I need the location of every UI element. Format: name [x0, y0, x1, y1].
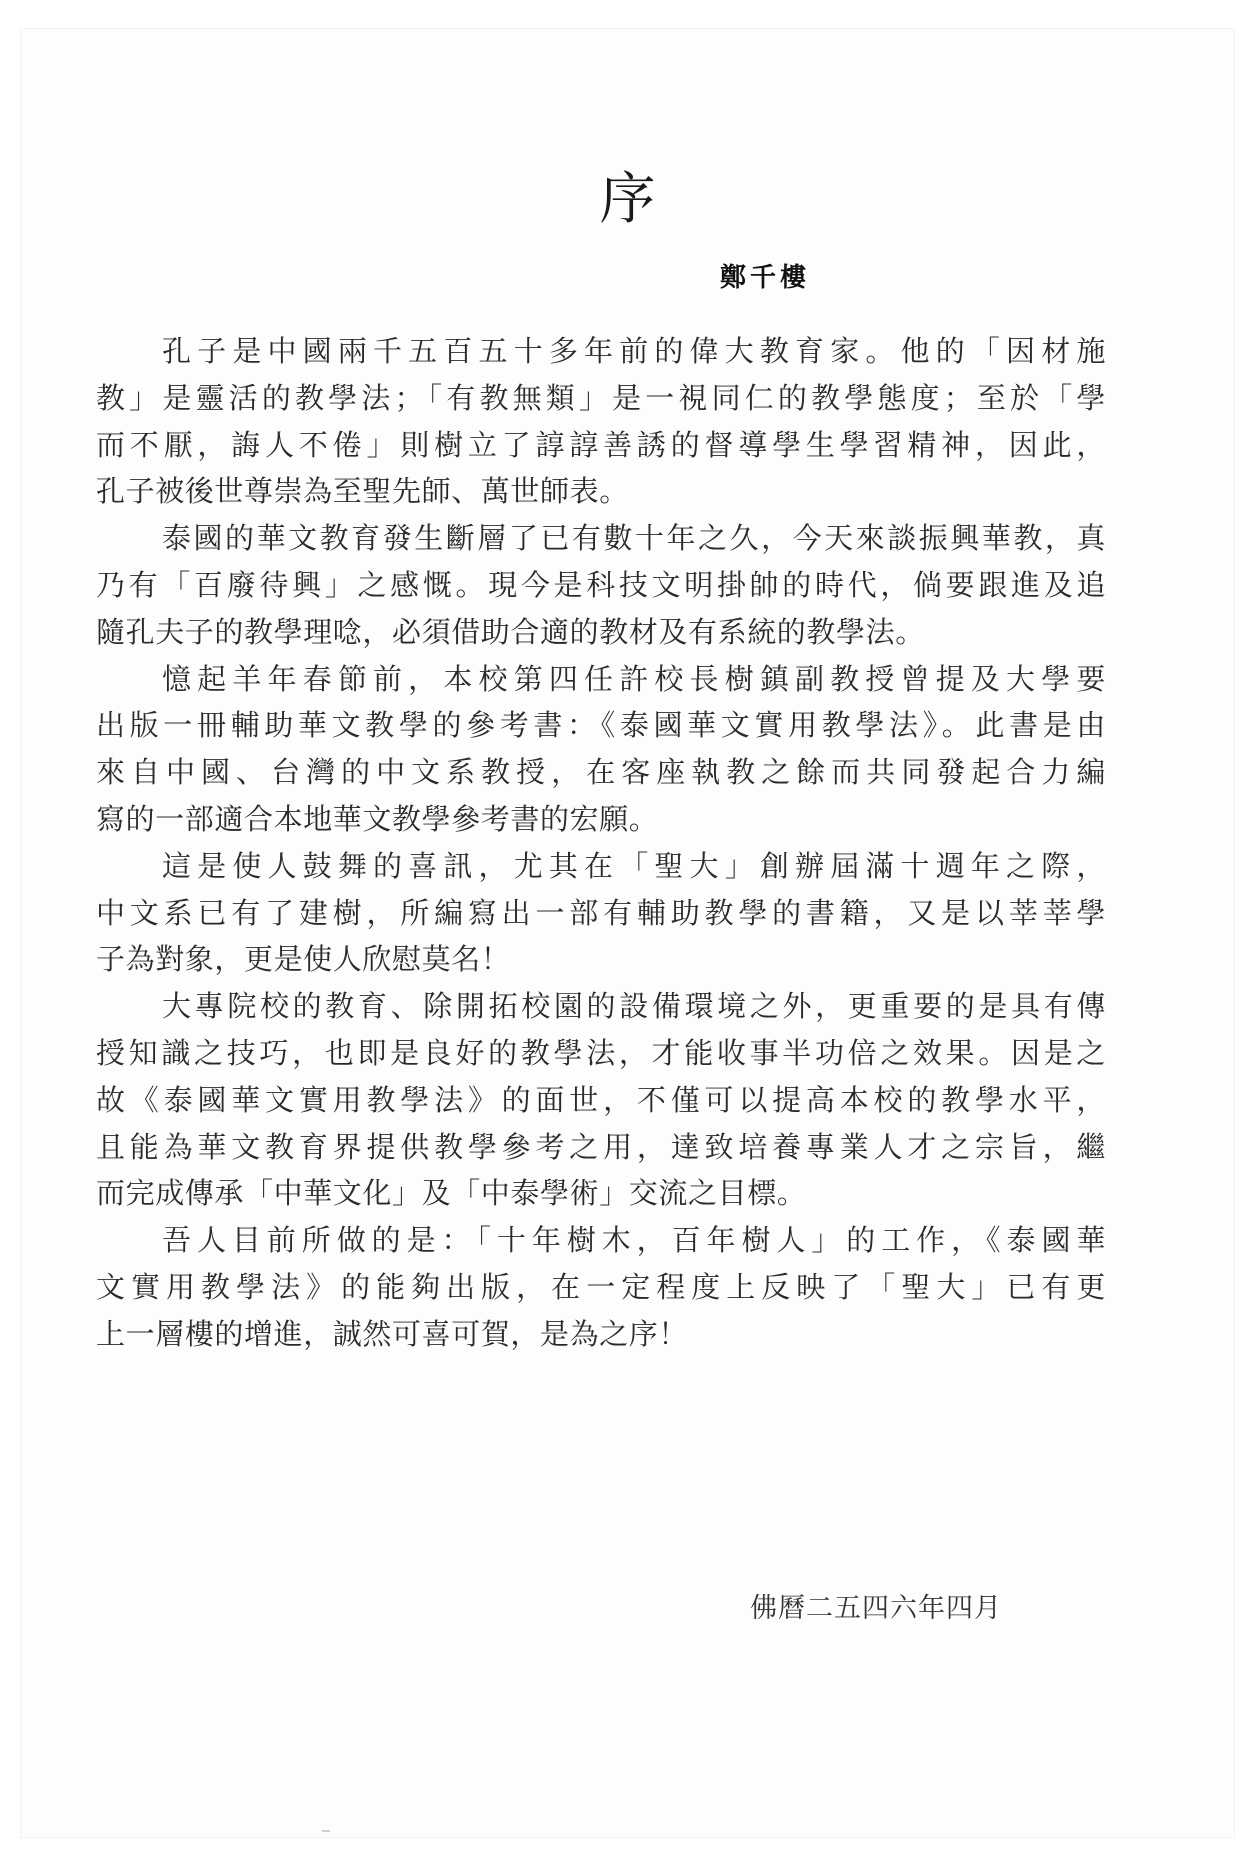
paragraph: 大專院校的教育、除開拓校園的設備環境之外，更重要的是具有傳 授知識之技巧，也即是…	[96, 983, 1106, 1217]
text-line: 孔子是中國兩千五百五十多年前的偉大教育家。他的「因材施	[96, 328, 1106, 375]
text-line: 文實用教學法》的能夠出版，在一定程度上反映了「聖大」已有更	[96, 1264, 1106, 1311]
paragraph: 憶起羊年春節前，本校第四任許校長樹鎮副教授曾提及大學要 出版一冊輔助華文教學的參…	[96, 656, 1106, 843]
text-line: 寫的一部適合本地華文教學參考書的宏願。	[96, 796, 1106, 843]
text-line: 憶起羊年春節前，本校第四任許校長樹鎮副教授曾提及大學要	[96, 656, 1106, 703]
text-line: 而完成傳承「中華文化」及「中泰學術」交流之目標。	[96, 1170, 1106, 1217]
text-line: 泰國的華文教育發生斷層了已有數十年之久，今天來談振興華教，真	[96, 515, 1106, 562]
text-line: 教」是靈活的教學法；「有教無類」是一視同仁的教學態度；至於「學	[96, 375, 1106, 422]
text-line: 這是使人鼓舞的喜訊，尤其在「聖大」創辦屆滿十週年之際，	[96, 843, 1106, 890]
text-line: 出版一冊輔助華文教學的參考書：《泰國華文實用教學法》。此書是由	[96, 702, 1106, 749]
scan-artifact	[322, 1830, 330, 1832]
preface-body: 孔子是中國兩千五百五十多年前的偉大教育家。他的「因材施 教」是靈活的教學法；「有…	[96, 328, 1106, 1358]
signature-date: 佛曆二五四六年四月	[750, 1592, 1002, 1626]
author-name: 鄭千樓	[720, 262, 810, 294]
paragraph: 吾人目前所做的是：「十年樹木，百年樹人」的工作，《泰國華 文實用教學法》的能夠出…	[96, 1217, 1106, 1357]
text-line: 來自中國、台灣的中文系教授，在客座執教之餘而共同發起合力編	[96, 749, 1106, 796]
text-line: 隨孔夫子的教學理唸，必須借助合適的教材及有系統的教學法。	[96, 609, 1106, 656]
text-line: 乃有「百廢待興」之感慨。現今是科技文明掛帥的時代，倘要跟進及追	[96, 562, 1106, 609]
paragraph: 孔子是中國兩千五百五十多年前的偉大教育家。他的「因材施 教」是靈活的教學法；「有…	[96, 328, 1106, 515]
text-line: 上一層樓的增進，誠然可喜可賀，是為之序！	[96, 1311, 1106, 1358]
text-line: 而不厭，誨人不倦」則樹立了諄諄善誘的督導學生學習精神，因此，	[96, 422, 1106, 469]
text-line: 大專院校的教育、除開拓校園的設備環境之外，更重要的是具有傳	[96, 983, 1106, 1030]
text-line: 中文系已有了建樹，所編寫出一部有輔助教學的書籍，又是以莘莘學	[96, 890, 1106, 937]
text-line: 授知識之技巧，也即是良好的教學法，才能收事半功倍之效果。因是之	[96, 1030, 1106, 1077]
text-line: 故《泰國華文實用教學法》的面世，不僅可以提高本校的教學水平，	[96, 1077, 1106, 1124]
page-title: 序	[0, 168, 1255, 232]
paragraph: 泰國的華文教育發生斷層了已有數十年之久，今天來談振興華教，真 乃有「百廢待興」之…	[96, 515, 1106, 655]
text-line: 且能為華文教育界提供教學參考之用，達致培養專業人才之宗旨，繼	[96, 1124, 1106, 1171]
text-line: 子為對象，更是使人欣慰莫名！	[96, 936, 1106, 983]
text-line: 吾人目前所做的是：「十年樹木，百年樹人」的工作，《泰國華	[96, 1217, 1106, 1264]
text-line: 孔子被後世尊崇為至聖先師、萬世師表。	[96, 468, 1106, 515]
paragraph: 這是使人鼓舞的喜訊，尤其在「聖大」創辦屆滿十週年之際， 中文系已有了建樹，所編寫…	[96, 843, 1106, 983]
